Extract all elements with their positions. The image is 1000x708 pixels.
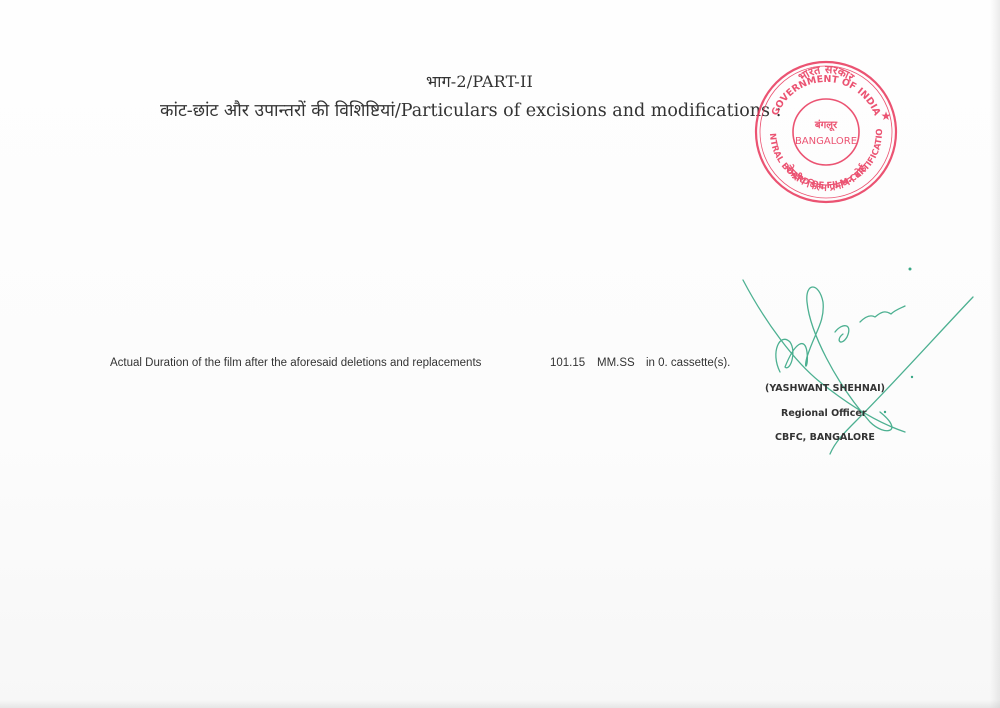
svg-text:★: ★	[881, 109, 892, 123]
page-bottom-shadow	[0, 700, 1000, 708]
signatory-name: (YASHWANT SHEHNAI)	[765, 383, 885, 394]
duration-value: 101.15	[550, 357, 585, 369]
signatory-designation: Regional Officer	[781, 408, 867, 419]
part-heading: भाग-2/PART-II	[426, 70, 533, 92]
page-edge-shadow	[990, 0, 1000, 708]
signatory-office: CBFC, BANGALORE	[775, 432, 875, 443]
duration-label: Actual Duration of the film after the af…	[110, 357, 481, 369]
official-stamp-icon: भारत सरकार GOVERNMENT OF INDIA CENTRAL B…	[752, 52, 898, 208]
section-heading: कांट-छांट और उपान्तरों की विशिष्टियां/Pa…	[160, 98, 782, 122]
cassette-count: in 0. cassette(s).	[646, 357, 730, 369]
svg-text:केन्द्रीय फिल्म प्रमाणन बोर्ड: केन्द्रीय फिल्म प्रमाणन बोर्ड	[782, 162, 870, 194]
svg-text:BANGALORE: BANGALORE	[795, 136, 857, 147]
document-page: भाग-2/PART-II कांट-छांट और उपान्तरों की …	[0, 0, 1000, 708]
svg-text:बंगलूर: बंगलूर	[814, 119, 838, 132]
duration-unit: MM.SS	[597, 357, 635, 369]
svg-text:GOVERNMENT OF INDIA: GOVERNMENT OF INDIA	[770, 74, 883, 118]
